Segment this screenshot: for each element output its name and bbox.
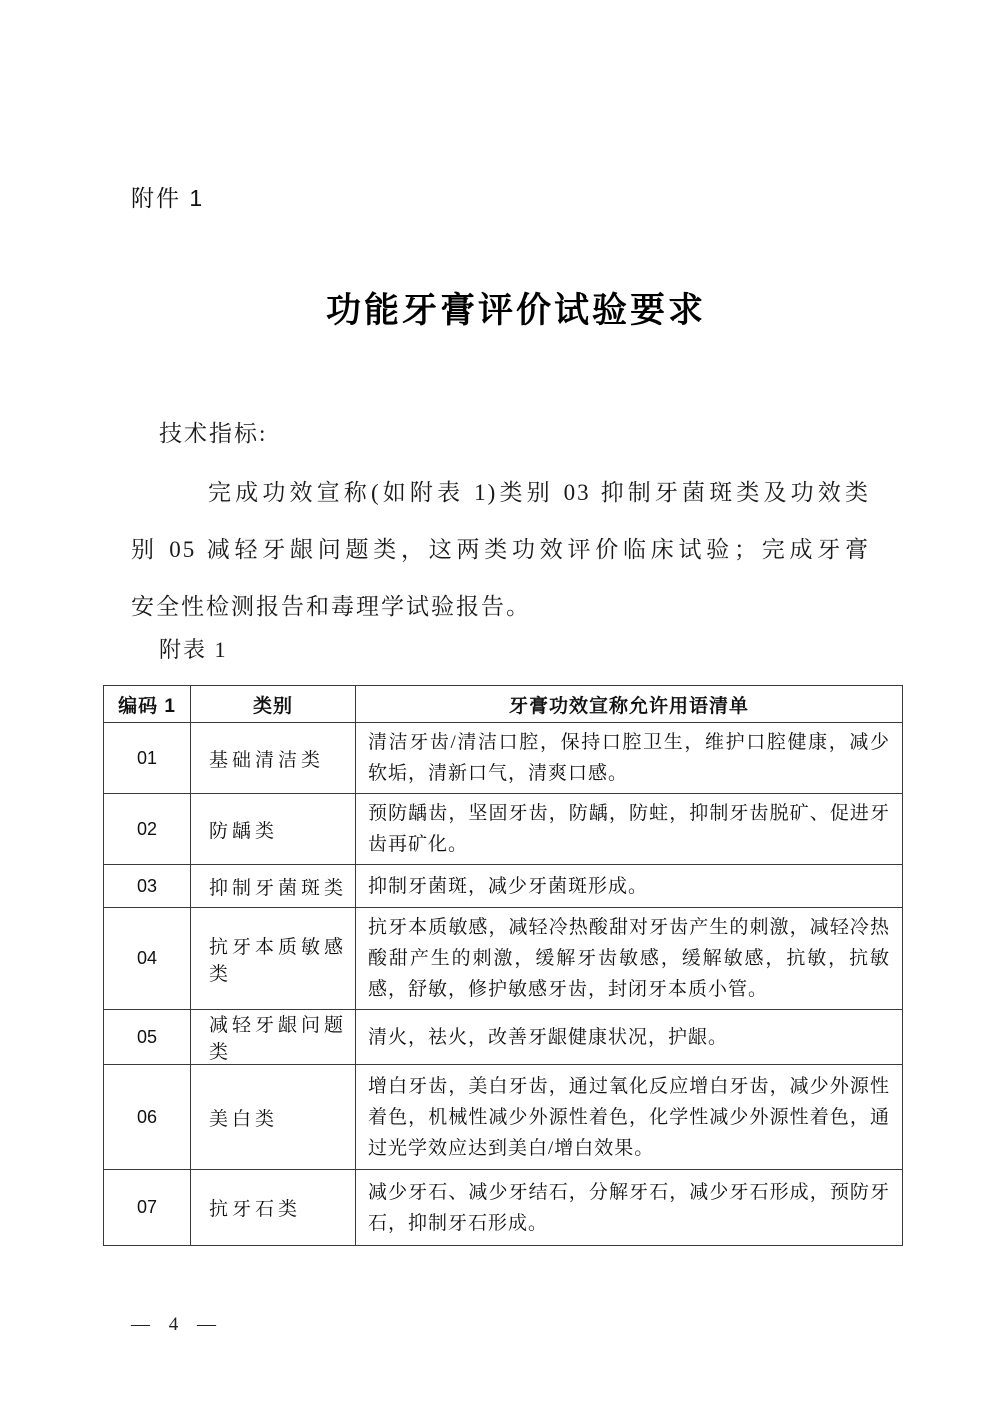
table-row: 06 美白类 增白牙齿，美白牙齿，通过氧化反应增白牙齿，减少外源性着色，机械性减… xyxy=(104,1065,903,1170)
row-claims: 清洁牙齿/清洁口腔，保持口腔卫生，维护口腔健康，减少软垢，清新口气，清爽口感。 xyxy=(356,723,903,794)
table-header-code: 编码 1 xyxy=(104,686,191,723)
row-claims: 抑制牙菌斑，减少牙菌斑形成。 xyxy=(356,865,903,908)
row-code: 07 xyxy=(104,1170,191,1246)
row-category: 防龋类 xyxy=(191,794,356,865)
row-code: 01 xyxy=(104,723,191,794)
row-category: 抗牙本质敏感类 xyxy=(191,908,356,1010)
document-page: 附件 1 功能牙膏评价试验要求 技术指标: 完成功效宣称(如附表 1)类别 03… xyxy=(0,0,1000,1414)
claims-table: 编码 1 类别 牙膏功效宣称允许用语清单 01 基础清洁类 清洁牙齿/清洁口腔，… xyxy=(103,685,903,1246)
row-claims: 减少牙石、减少牙结石，分解牙石，减少牙石形成，预防牙石，抑制牙石形成。 xyxy=(356,1170,903,1246)
row-category: 美白类 xyxy=(191,1065,356,1170)
paragraph-line-1: 完成功效宣称(如附表 1)类别 03 抑制牙菌斑类及功效类 xyxy=(131,477,870,509)
table-row: 01 基础清洁类 清洁牙齿/清洁口腔，保持口腔卫生，维护口腔健康，减少软垢，清新… xyxy=(104,723,903,794)
table-row: 07 抗牙石类 减少牙石、减少牙结石，分解牙石，减少牙石形成，预防牙石，抑制牙石… xyxy=(104,1170,903,1246)
attachment-label: 附件 1 xyxy=(131,184,204,212)
row-claims: 清火，祛火，改善牙龈健康状况，护龈。 xyxy=(356,1010,903,1065)
row-code: 03 xyxy=(104,865,191,908)
row-claims: 预防龋齿，坚固牙齿，防龋，防蛀，抑制牙齿脱矿、促进牙齿再矿化。 xyxy=(356,794,903,865)
paragraph-line-3: 安全性检测报告和毒理学试验报告。 xyxy=(131,591,870,623)
row-code: 05 xyxy=(104,1010,191,1065)
table-header-category: 类别 xyxy=(191,686,356,723)
section-heading: 技术指标: xyxy=(159,419,267,449)
table-row: 02 防龋类 预防龋齿，坚固牙齿，防龋，防蛀，抑制牙齿脱矿、促进牙齿再矿化。 xyxy=(104,794,903,865)
row-category: 抗牙石类 xyxy=(191,1170,356,1246)
page-title: 功能牙膏评价试验要求 xyxy=(0,290,1000,332)
table-header-claims: 牙膏功效宣称允许用语清单 xyxy=(356,686,903,723)
row-code: 02 xyxy=(104,794,191,865)
row-category: 基础清洁类 xyxy=(191,723,356,794)
row-category: 抑制牙菌斑类 xyxy=(191,865,356,908)
page-number: — 4 — xyxy=(131,1314,223,1336)
table-label: 附表 1 xyxy=(159,636,228,664)
table-row: 03 抑制牙菌斑类 抑制牙菌斑，减少牙菌斑形成。 xyxy=(104,865,903,908)
table-row: 05 减轻牙龈问题类 清火，祛火，改善牙龈健康状况，护龈。 xyxy=(104,1010,903,1065)
row-claims: 增白牙齿，美白牙齿，通过氧化反应增白牙齿，减少外源性着色，机械性减少外源性着色，… xyxy=(356,1065,903,1170)
paragraph-line-2: 别 05 减轻牙龈问题类，这两类功效评价临床试验；完成牙膏 xyxy=(131,534,870,566)
table-header-row: 编码 1 类别 牙膏功效宣称允许用语清单 xyxy=(104,686,903,723)
row-code: 06 xyxy=(104,1065,191,1170)
row-claims: 抗牙本质敏感，减轻冷热酸甜对牙齿产生的刺激，减轻冷热酸甜产生的刺激，缓解牙齿敏感… xyxy=(356,908,903,1010)
row-code: 04 xyxy=(104,908,191,1010)
table-row: 04 抗牙本质敏感类 抗牙本质敏感，减轻冷热酸甜对牙齿产生的刺激，减轻冷热酸甜产… xyxy=(104,908,903,1010)
row-category: 减轻牙龈问题类 xyxy=(191,1010,356,1065)
